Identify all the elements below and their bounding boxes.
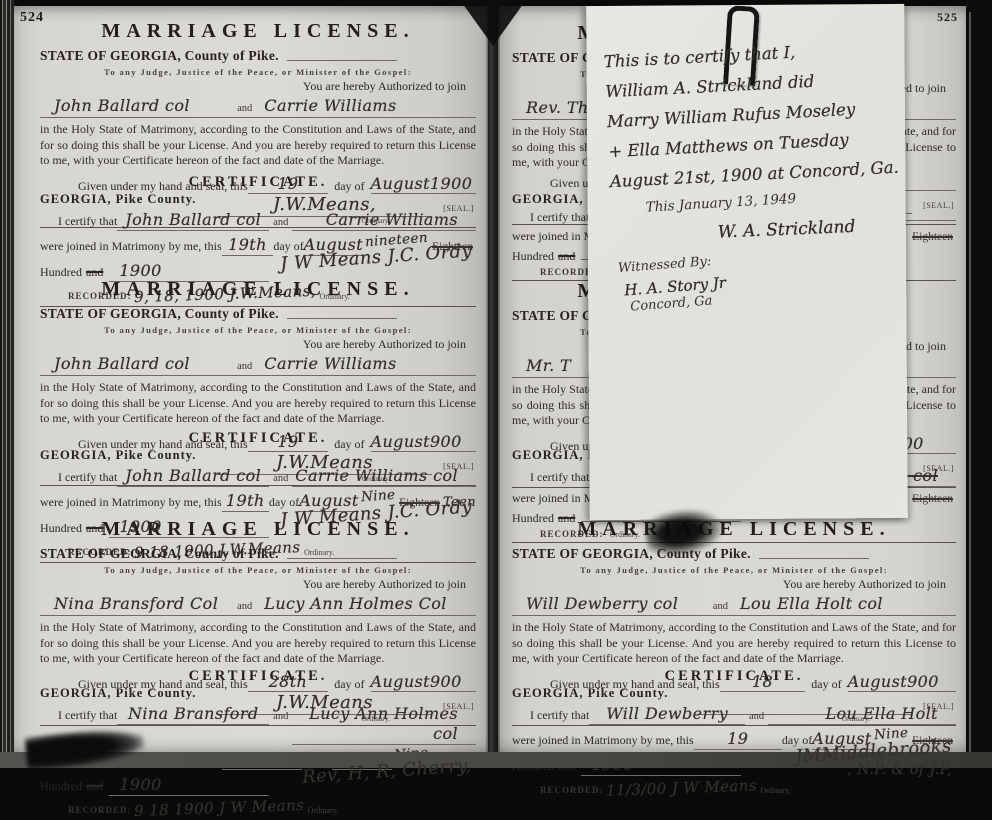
cert-groom-blank: Nina Bransford bbox=[117, 704, 269, 725]
cert-groom-name: John Ballard col bbox=[125, 210, 261, 229]
bride-name: Lou Ella Holt col bbox=[732, 594, 956, 613]
certificate-county: GEORGIA, Pike County. bbox=[40, 686, 476, 701]
state-county-label: STATE OF GEORGIA, County of Pike. bbox=[40, 48, 279, 64]
certify-prefix: I certify that bbox=[40, 214, 117, 229]
eighteen-struck-label: Eighteen bbox=[912, 493, 953, 505]
cert-bride-name: Carrie Williams col bbox=[295, 466, 458, 485]
state-line: STATE OF GEORGIA, County of Pike. bbox=[40, 546, 476, 562]
salutation-line: To any Judge, Justice of the Peace, or M… bbox=[40, 325, 476, 335]
license-body-text: in the Holy State of Matrimony, accordin… bbox=[40, 620, 476, 667]
and-label: and bbox=[709, 601, 732, 612]
note-line: William A. Strickland did bbox=[605, 68, 894, 102]
and-label: and bbox=[233, 361, 256, 372]
certify-prefix: I certify that bbox=[40, 470, 117, 485]
cert-bride-name: Carrie Williams bbox=[326, 210, 458, 229]
salutation-line: To any Judge, Justice of the Peace, or M… bbox=[512, 565, 956, 575]
blank-rule bbox=[759, 558, 869, 559]
cert-bride-name: Lucy Ann Holmes col bbox=[309, 704, 458, 743]
and-label: and bbox=[269, 217, 292, 228]
certificate-county: GEORGIA, Pike County. bbox=[40, 192, 476, 207]
certificate-signature: J W Means J.C. Ordy bbox=[280, 247, 472, 268]
and-label: and bbox=[233, 103, 256, 114]
blank-rule bbox=[287, 558, 397, 559]
certify-prefix: I certify that bbox=[40, 708, 117, 723]
certify-line: I certify that John Ballard col and Carr… bbox=[40, 210, 476, 231]
page-stack-edge-right bbox=[966, 0, 992, 758]
bride-name: Carrie Williams bbox=[256, 354, 476, 373]
cert-bride-blank: Carrie Williams col bbox=[292, 466, 476, 487]
salutation-line: To any Judge, Justice of the Peace, or M… bbox=[40, 565, 476, 575]
groom-name: Will Dewberry col bbox=[512, 594, 709, 613]
cert-bride-blank: Carrie Williams bbox=[292, 210, 476, 231]
marriage-record-book: 524 MARRIAGE LICENSE. STATE OF GEORGIA, … bbox=[0, 0, 992, 768]
note-line: August 21st, 1900 at Concord, Ga. bbox=[609, 158, 898, 192]
cert-bride-blank: Lucy Ann Holmes col bbox=[292, 704, 476, 745]
and-label: and bbox=[269, 711, 292, 722]
groom-name: Nina Bransford Col bbox=[40, 594, 233, 613]
certificate-signature: JMMiddlebrooks , N.P. & of J.P, bbox=[795, 741, 952, 768]
cert-groom-blank: John Ballard col bbox=[117, 466, 269, 487]
page-stack-edge-left bbox=[0, 0, 14, 758]
joined-prefix: were joined in Matrimony by me, this bbox=[40, 495, 222, 510]
affidavit-note: This is to certify that I, William A. St… bbox=[586, 4, 908, 520]
book-gutter bbox=[486, 0, 500, 758]
authorize-line: You are hereby Authorized to join bbox=[512, 577, 956, 592]
cert-groom-name: Will Dewberry bbox=[606, 704, 728, 723]
cert-groom-name: Nina Bransford bbox=[128, 704, 259, 723]
certify-prefix: I certify that bbox=[512, 470, 589, 485]
license-body-text: in the Holy State of Matrimony, accordin… bbox=[512, 620, 956, 667]
certify-prefix: I certify that bbox=[512, 708, 589, 723]
and-label: and bbox=[233, 601, 256, 612]
license-body-text: in the Holy State of Matrimony, accordin… bbox=[40, 380, 476, 427]
joined-prefix: were joined in Matrimony by me, this bbox=[512, 733, 694, 748]
witness-label: Witnessed By: bbox=[618, 254, 712, 276]
cert-groom-blank: John Ballard col bbox=[117, 210, 269, 231]
cert-day-value: 19th bbox=[226, 491, 265, 510]
state-line: STATE OF GEORGIA, County of Pike. bbox=[512, 546, 956, 562]
names-line: Will Dewberry col and Lou Ella Holt col bbox=[512, 594, 956, 616]
certificate-title: CERTIFICATE. bbox=[40, 430, 476, 447]
certify-line: I certify that Will Dewberry and Lou Ell… bbox=[512, 704, 956, 725]
cert-groom-blank: Will Dewberry bbox=[589, 704, 745, 725]
license-title: MARRIAGE LICENSE. bbox=[512, 518, 956, 541]
state-county-label: STATE OF GEORGIA, County of Pike. bbox=[40, 546, 279, 562]
page-524: 524 MARRIAGE LICENSE. STATE OF GEORGIA, … bbox=[14, 6, 488, 752]
certificate-signature: J W Means J.C. Ordy bbox=[280, 503, 472, 524]
bride-name: Lucy Ann Holmes Col bbox=[256, 594, 476, 613]
certificate-title: CERTIFICATE. bbox=[40, 174, 476, 191]
blank-rule bbox=[287, 60, 397, 61]
cert-groom-name: John Ballard col bbox=[125, 466, 261, 485]
certificate-county: GEORGIA, Pike County. bbox=[512, 686, 956, 701]
certificate-county: GEORGIA, Pike County. bbox=[40, 448, 476, 463]
blank-rule bbox=[287, 318, 397, 319]
certify-line: I certify that John Ballard col and Carr… bbox=[40, 466, 476, 487]
and-struck-label: and bbox=[558, 249, 575, 264]
hundred-label: Hundred bbox=[512, 249, 554, 264]
license-body-text: in the Holy State of Matrimony, accordin… bbox=[40, 122, 476, 169]
eighteen-struck-label: Eighteen bbox=[912, 231, 953, 243]
authorize-line: You are hereby Authorized to join bbox=[40, 79, 476, 94]
cert-bride-name: Lou Ella Holt bbox=[825, 704, 938, 723]
note-signature: W. A. Strickland bbox=[717, 217, 855, 243]
note-line: + Ella Matthews on Tuesday bbox=[608, 128, 897, 162]
page-525: 525 MARRIAGE LICENSE. STATE OF GEORGIA, … bbox=[498, 6, 966, 752]
state-line: STATE OF GEORGIA, County of Pike. bbox=[40, 306, 476, 322]
authorize-line: You are hereby Authorized to join bbox=[40, 337, 476, 352]
license-title: MARRIAGE LICENSE. bbox=[40, 278, 476, 301]
cert-day-value: 19th bbox=[228, 235, 267, 254]
state-line: STATE OF GEORGIA, County of Pike. bbox=[40, 48, 476, 64]
names-line: Nina Bransford Col and Lucy Ann Holmes C… bbox=[40, 594, 476, 616]
and-label: and bbox=[745, 711, 768, 722]
note-line: Marry William Rufus Moseley bbox=[606, 98, 895, 132]
names-line: John Ballard col and Carrie Williams bbox=[40, 96, 476, 118]
cert-day-value: 19 bbox=[727, 729, 748, 748]
salutation-line: To any Judge, Justice of the Peace, or M… bbox=[40, 67, 476, 77]
license-title: MARRIAGE LICENSE. bbox=[40, 20, 476, 43]
and-label: and bbox=[269, 473, 292, 484]
certificate-title: CERTIFICATE. bbox=[512, 668, 956, 685]
certify-prefix: I certify that bbox=[512, 210, 589, 225]
authorize-line: You are hereby Authorized to join bbox=[40, 577, 476, 592]
certificate-title: CERTIFICATE. bbox=[40, 668, 476, 685]
state-county-label: STATE OF GEORGIA, County of Pike. bbox=[40, 306, 279, 322]
certificate-signature: Rev, H, R, Cherry, bbox=[302, 761, 472, 768]
cert-day-blank: 19 bbox=[694, 729, 782, 750]
cert-day-blank: 19th bbox=[222, 491, 269, 512]
bride-name: Carrie Williams bbox=[256, 96, 476, 115]
cert-day-blank: 19th bbox=[222, 235, 274, 256]
cert-bride-blank: Lou Ella Holt bbox=[768, 704, 956, 725]
groom-name: John Ballard col bbox=[40, 354, 233, 373]
joined-prefix: were joined in Matrimony by me, this bbox=[40, 239, 222, 254]
groom-name: John Ballard col bbox=[40, 96, 233, 115]
note-body: This is to certify that I, William A. St… bbox=[603, 38, 898, 202]
names-line: John Ballard col and Carrie Williams bbox=[40, 354, 476, 376]
